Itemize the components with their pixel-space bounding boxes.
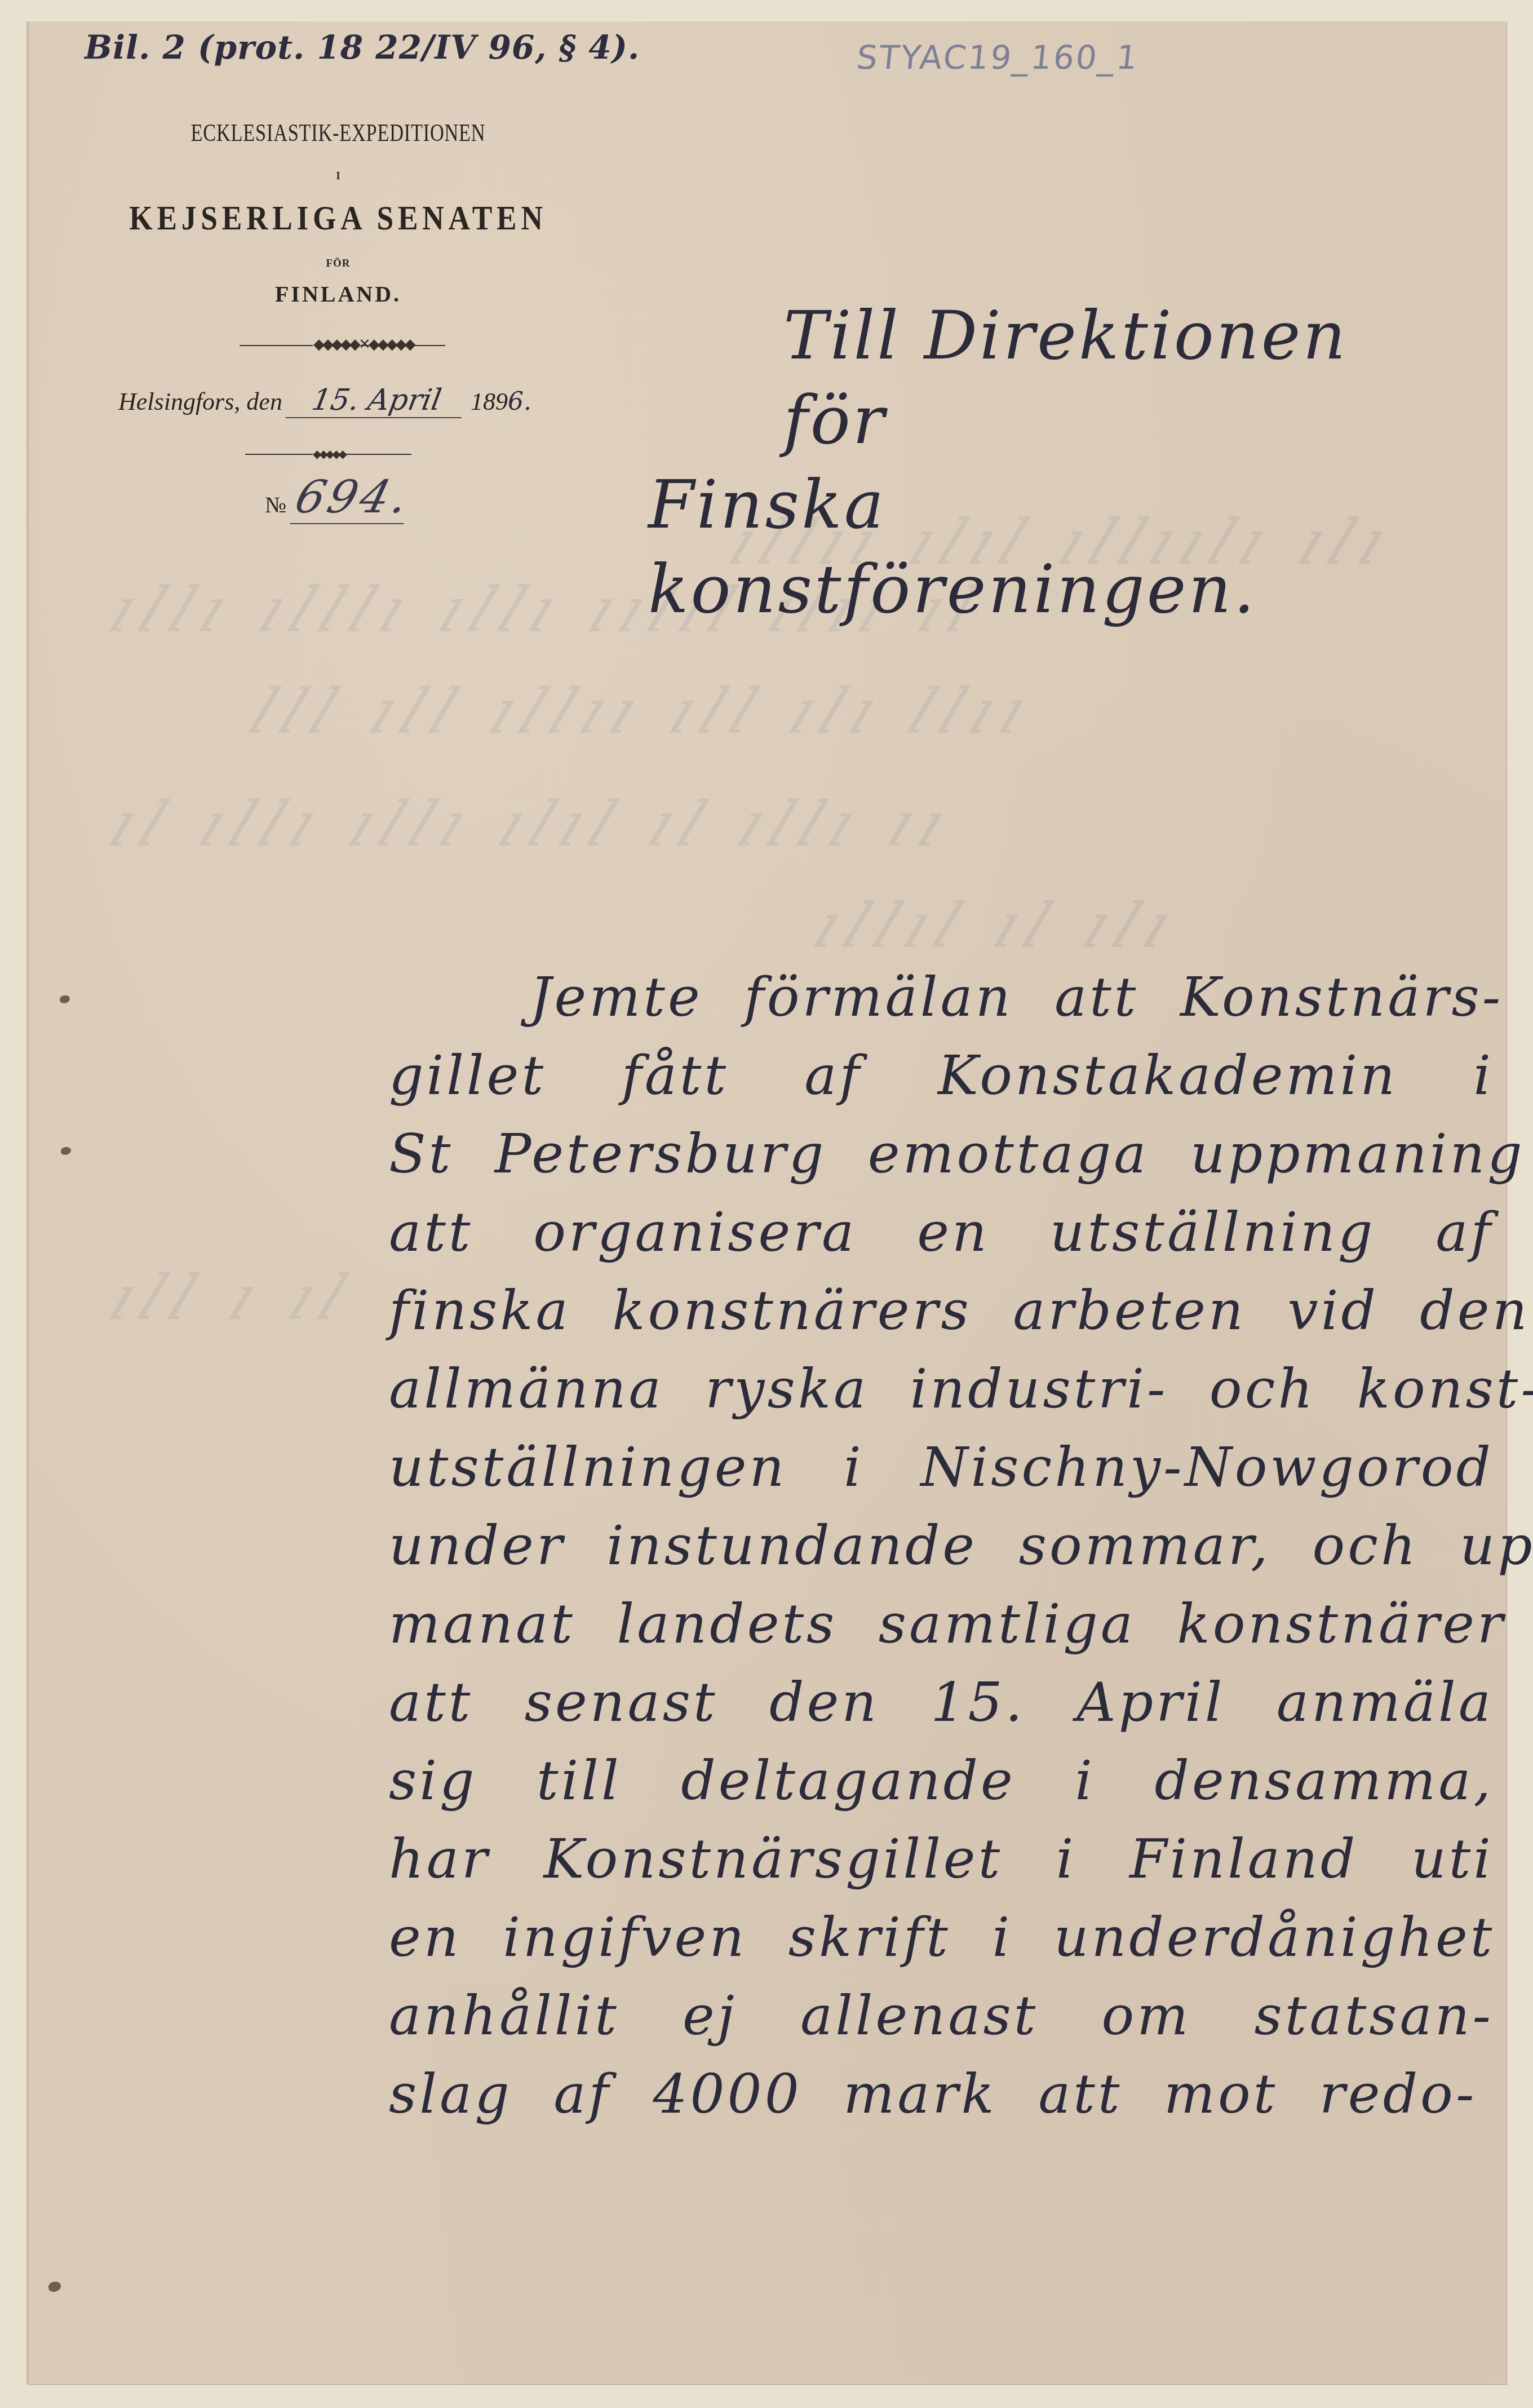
binding-hole <box>60 995 70 1003</box>
addressee: Till Direktionen för Finska konstförenin… <box>648 293 1465 631</box>
archive-id-label: STYAC19_160_1 <box>854 38 1141 77</box>
body-line: en ingifven skrift i underdånighet <box>389 1898 1494 1977</box>
body-line: har Konstnärsgillet i Finland uti <box>389 1820 1494 1898</box>
body-line: finska konstnärers arbeten vid den <box>389 1272 1494 1350</box>
letterhead-country: FINLAND. <box>85 281 592 307</box>
body-line: utställningen i Nischny-Nowgorod <box>389 1428 1494 1507</box>
ornament-dots-icon: ◆◆◆◆◆ <box>313 446 345 461</box>
letter-body: Jemte förmälan att Konstnärs- gillet fåt… <box>389 958 1494 2133</box>
document-number-value: 694. <box>290 471 417 524</box>
bleed-through-text: ıllıl ıl ılı <box>803 889 1191 962</box>
body-line: gillet fått af Konstakademin i <box>389 1037 1494 1115</box>
body-line: manat landets samtliga konstnärer <box>389 1585 1494 1663</box>
body-line: slag af 4000 mark att mot redo- <box>389 2055 1494 2133</box>
dateline-year-suffix: 6. <box>508 387 531 416</box>
addressee-line-2: Finska konstföreningen. <box>648 462 1465 631</box>
numero-sign: № <box>265 492 286 517</box>
body-line: sig till deltagande i densamma, <box>389 1742 1494 1820</box>
dateline-year-prefix: 189 <box>471 388 508 415</box>
body-line: att organisera en utställning af <box>389 1193 1494 1272</box>
body-line: St Petersburg emottaga uppmaning <box>389 1115 1494 1193</box>
body-line: Jemte förmälan att Konstnärs- <box>389 958 1494 1037</box>
body-line: allmänna ryska industri- och konst- <box>389 1350 1494 1428</box>
bleed-through-text: lll ıll ıllıı ıll ılı llıı <box>240 675 1047 747</box>
letterhead-department: ECKLESIASTIK-EXPEDITIONEN <box>140 118 536 147</box>
ornament-icon: ◆◆◆◆◆✕◆◆◆◆◆ <box>313 337 414 352</box>
addressee-line-1: Till Direktionen för <box>648 293 1465 462</box>
dateline-place: Helsingfors, den <box>118 388 282 415</box>
binding-hole <box>61 1147 71 1155</box>
bleed-through-text: ıll ı ıl <box>99 1261 367 1334</box>
bleed-through-text: ıl ıllı ıllı ılıl ıl ıllı ıı <box>99 788 966 860</box>
body-line: anhållit ej allenast om statsan- <box>389 1977 1494 2055</box>
body-line: under instundande sommar, och upp- <box>389 1507 1494 1585</box>
body-line: att senast den 15. April anmäla <box>389 1663 1494 1742</box>
dateline-day-month: 15. April <box>285 383 467 418</box>
letterhead-senate: KEJSERLIGA SENATEN <box>120 198 556 238</box>
binding-hole <box>48 2282 61 2292</box>
letterhead-connector-i: I <box>85 170 592 182</box>
document-number: № 694. <box>265 471 410 524</box>
archival-annotation: Bil. 2 (prot. 18 22/IV 96, § 4). <box>85 28 640 67</box>
letterhead-connector-for: FÖR <box>85 258 592 270</box>
dateline: Helsingfors, den 15. April 1896. <box>118 383 531 418</box>
